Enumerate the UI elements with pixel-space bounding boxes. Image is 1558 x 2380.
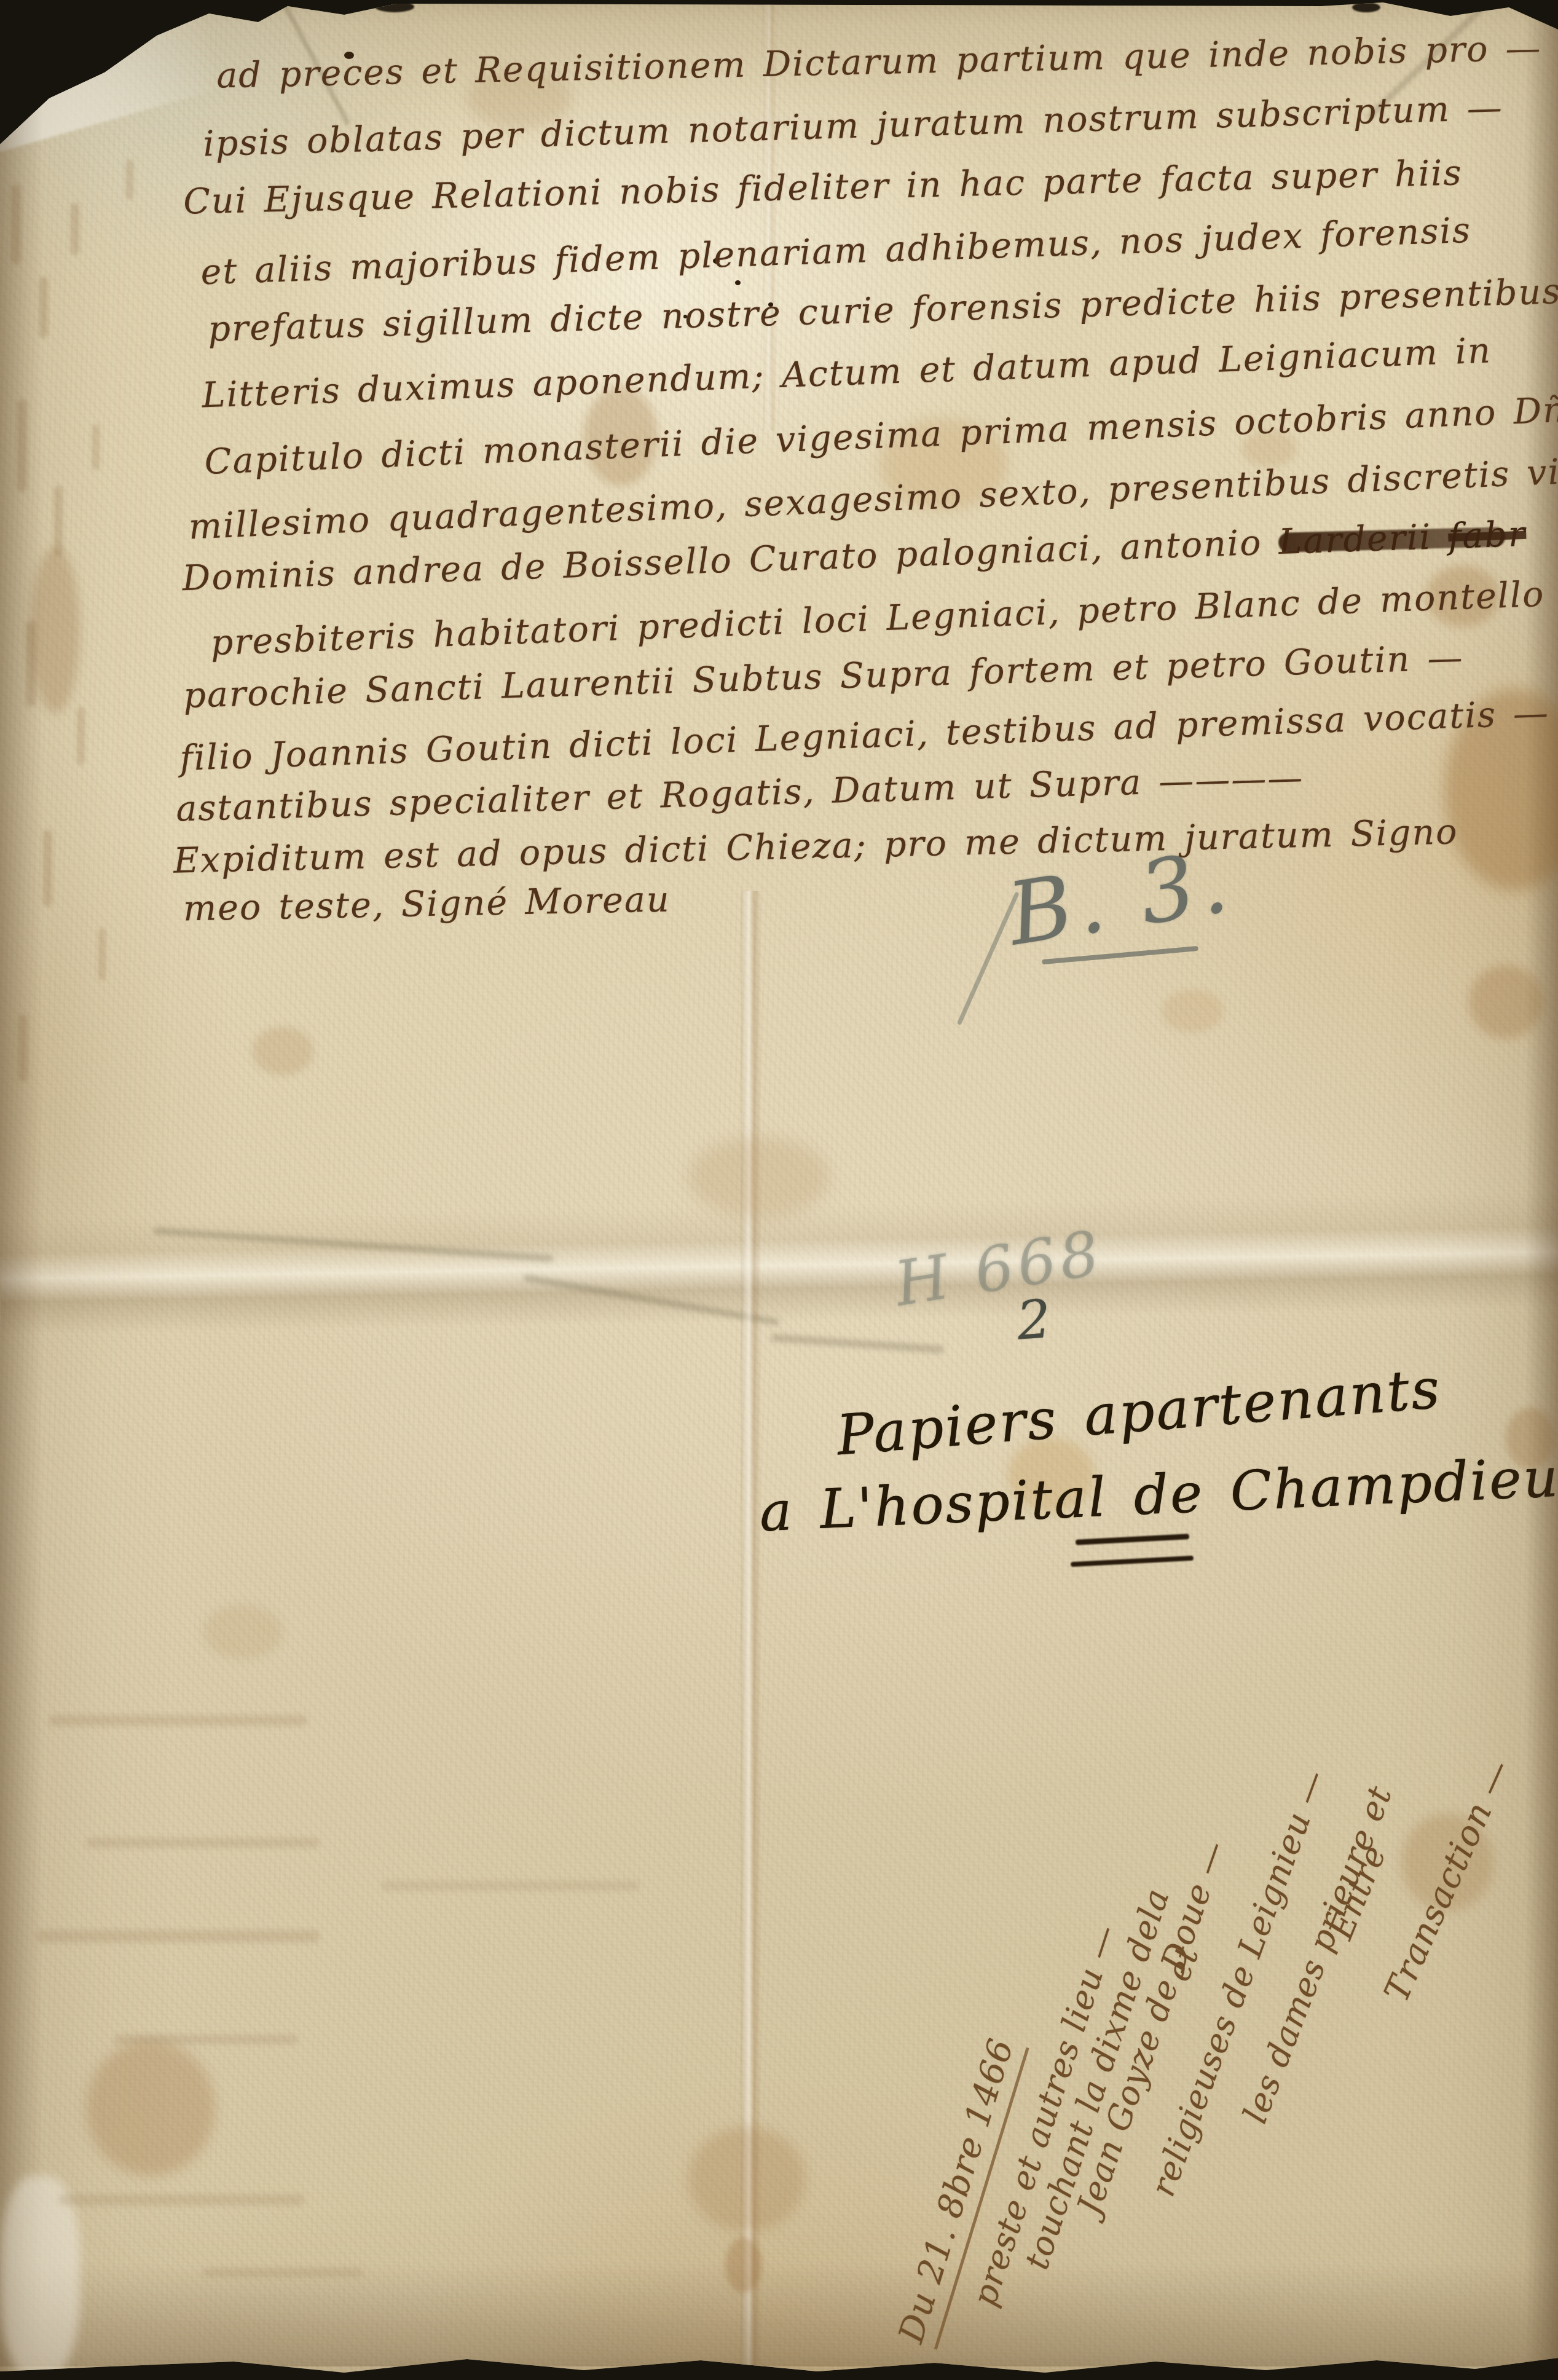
stain <box>203 1604 283 1660</box>
edge-shade-right <box>1524 0 1558 2380</box>
edge-dirt-spot <box>375 1 414 12</box>
manuscript-page: ad preces et Requisitionem Dictarum part… <box>0 0 1558 2380</box>
bleedthrough-mark <box>77 707 85 765</box>
bleedthrough-mark <box>58 2194 304 2205</box>
edge-shade-bottom <box>0 2262 1558 2366</box>
bleedthrough-mark <box>39 277 48 338</box>
edge-shade-left <box>0 0 43 2380</box>
latin-line-2: ipsis oblatas per dictum notarium juratu… <box>202 87 1503 164</box>
bleedthrough-mark <box>54 486 63 556</box>
page-number: 2 <box>1015 1288 1053 1352</box>
latin-line-15: meo teste, Signé Moreau <box>183 879 671 929</box>
crease-shadow-c <box>771 1334 943 1354</box>
latin-line-1: ad preces et Requisitionem Dictarum part… <box>216 28 1543 96</box>
bleedthrough-mark <box>381 1881 639 1891</box>
stain <box>252 1026 313 1076</box>
stain <box>86 2041 215 2176</box>
bleedthrough-mark <box>114 2035 298 2044</box>
bleedthrough-mark <box>86 1838 320 1848</box>
bleedthrough-mark <box>37 1930 320 1942</box>
title-line-1: Papiers apartenants <box>834 1356 1443 1468</box>
title-underline-1 <box>1076 1534 1189 1545</box>
bottom-left-highlight <box>0 2176 80 2379</box>
side-note-line-1: Transaction — <box>1377 1754 1519 2008</box>
edge-dirt-spot <box>144 9 175 22</box>
bleedthrough-mark <box>126 160 133 200</box>
bleedthrough-mark <box>92 424 100 470</box>
stain <box>688 1137 830 1217</box>
edge-dirt-spot <box>92 4 141 22</box>
bleedthrough-mark <box>26 621 36 707</box>
stain <box>1469 965 1543 1039</box>
bleedthrough-mark <box>98 928 106 980</box>
stain <box>688 2127 805 2231</box>
bleedthrough-mark <box>71 203 79 255</box>
stain <box>1162 990 1223 1033</box>
bleedthrough-mark <box>49 1715 307 1726</box>
pencil-classmark-tail <box>957 892 1020 1026</box>
ink-blot <box>735 280 741 285</box>
latin-line-3: Cui Ejusque Relationi nobis fideliter in… <box>183 152 1463 222</box>
bleedthrough-mark <box>17 400 27 492</box>
stain <box>725 2237 762 2293</box>
bleedthrough-mark <box>43 830 52 907</box>
stain <box>31 547 80 713</box>
bleedthrough-mark <box>11 184 21 264</box>
title-underline-2 <box>1071 1556 1194 1567</box>
bleedthrough-mark <box>18 1014 28 1082</box>
bleedthrough-mark <box>203 2268 363 2277</box>
edge-dirt-spot <box>1352 2 1380 12</box>
scanned-document-photo: ad preces et Requisitionem Dictarum part… <box>0 0 1558 2380</box>
